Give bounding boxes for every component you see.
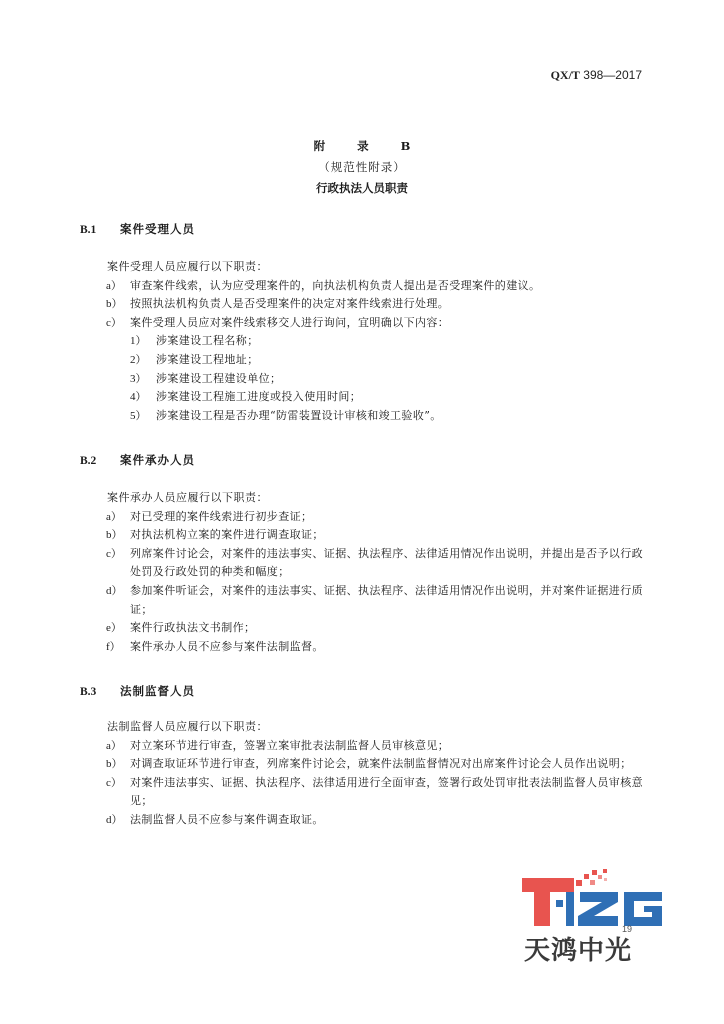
item-label: c）: [106, 314, 130, 333]
item-label: b）: [106, 526, 130, 545]
subitem-text: 涉案建设工程地址；: [156, 351, 259, 370]
item-label: b）: [106, 295, 130, 314]
list-item: a） 对已受理的案件线索进行初步查证；: [107, 508, 647, 527]
list-item: c） 对案件违法事实、证据、执法程序、法律适用进行全面审查，签署行政处罚审批表法…: [107, 774, 647, 811]
standard-prefix: QX/T: [551, 68, 580, 82]
item-label: a）: [106, 737, 130, 756]
item-text: 案件承办人员不应参与案件法制监督。: [130, 638, 647, 657]
list-item: e） 案件行政执法文书制作；: [107, 619, 647, 638]
standard-number: 398—2017: [583, 68, 642, 82]
item-text: 审查案件线索，认为应受理案件的，向执法机构负责人提出是否受理案件的建议。: [130, 277, 647, 296]
item-label: a）: [106, 508, 130, 527]
subitem-text: 涉案建设工程名称；: [156, 332, 259, 351]
subitem-label: 5）: [130, 407, 156, 426]
list-item: a） 审查案件线索，认为应受理案件的，向执法机构负责人提出是否受理案件的建议。: [107, 277, 647, 296]
section-heading: 案件受理人员: [120, 222, 195, 236]
list-item: f） 案件承办人员不应参与案件法制监督。: [107, 638, 647, 657]
section-number: B.1: [80, 224, 120, 236]
item-text: 对已受理的案件线索进行初步查证；: [130, 508, 647, 527]
section-number: B.2: [80, 455, 120, 467]
subitem-text: 涉案建设工程施工进度或投入使用时间；: [156, 388, 361, 407]
subitem-label: 2）: [130, 351, 156, 370]
section-title-b3: B.3法制监督人员: [80, 683, 195, 699]
list-item: b） 对执法机构立案的案件进行调查取证；: [107, 526, 647, 545]
subitem-text: 涉案建设工程建设单位；: [156, 370, 281, 389]
subitem-label: 1）: [130, 332, 156, 351]
item-text: 对执法机构立案的案件进行调查取证；: [130, 526, 647, 545]
logo-text: 天鸿中光: [524, 930, 632, 967]
list-item: b） 按照执法机构负责人是否受理案件的决定对案件线索进行处理。: [107, 295, 647, 314]
section-intro: 案件受理人员应履行以下职责：: [107, 258, 647, 277]
sub-list-item: 3） 涉案建设工程建设单位；: [107, 370, 647, 389]
list-item: c） 列席案件讨论会，对案件的违法事实、证据、执法程序、法律适用情况作出说明，并…: [107, 545, 647, 582]
section-intro: 案件承办人员应履行以下职责：: [107, 489, 647, 508]
subitem-text: 涉案建设工程是否办理“防雷装置设计审核和竣工验收”。: [156, 407, 442, 426]
section-title-b1: B.1案件受理人员: [80, 221, 195, 237]
item-text: 法制监督人员不应参与案件调查取证。: [130, 811, 647, 830]
item-text: 按照执法机构负责人是否受理案件的决定对案件线索进行处理。: [130, 295, 647, 314]
section-intro: 法制监督人员应履行以下职责：: [107, 718, 647, 737]
item-label: f）: [106, 638, 130, 657]
section-heading: 案件承办人员: [120, 453, 195, 467]
item-text: 列席案件讨论会，对案件的违法事实、证据、执法程序、法律适用情况作出说明，并提出是…: [130, 545, 647, 582]
sub-list-item: 2） 涉案建设工程地址；: [107, 351, 647, 370]
item-text: 对案件违法事实、证据、执法程序、法律适用进行全面审查，签署行政处罚审批表法制监督…: [130, 774, 647, 811]
item-label: c）: [106, 545, 130, 582]
item-text: 案件受理人员应对案件线索移交人进行询问，宜明确以下内容：: [130, 314, 647, 333]
sub-list-item: 5） 涉案建设工程是否办理“防雷装置设计审核和竣工验收”。: [107, 407, 647, 426]
item-label: d）: [106, 811, 130, 830]
sub-list-item: 4） 涉案建设工程施工进度或投入使用时间；: [107, 388, 647, 407]
sub-list-item: 1） 涉案建设工程名称；: [107, 332, 647, 351]
section-body-b1: 案件受理人员应履行以下职责： a） 审查案件线索，认为应受理案件的，向执法机构负…: [107, 258, 647, 425]
item-text: 对调查取证环节进行审查，列席案件讨论会，就案件法制监督情况对出席案件讨论会人员作…: [130, 755, 647, 774]
section-body-b2: 案件承办人员应履行以下职责： a） 对已受理的案件线索进行初步查证； b） 对执…: [107, 489, 647, 656]
subitem-label: 3）: [130, 370, 156, 389]
appendix-heading: 附 录 B （规范性附录） 行政执法人员职责: [0, 136, 724, 199]
section-number: B.3: [80, 686, 120, 698]
list-item: a） 对立案环节进行审查，签署立案审批表法制监督人员审核意见；: [107, 737, 647, 756]
list-item: d） 法制监督人员不应参与案件调查取证。: [107, 811, 647, 830]
section-body-b3: 法制监督人员应履行以下职责： a） 对立案环节进行审查，签署立案审批表法制监督人…: [107, 718, 647, 830]
list-item: b） 对调查取证环节进行审查，列席案件讨论会，就案件法制监督情况对出席案件讨论会…: [107, 755, 647, 774]
appendix-type: （规范性附录）: [0, 157, 724, 178]
item-label: a）: [106, 277, 130, 296]
thzg-logo-icon: [520, 868, 665, 930]
item-label: d）: [106, 582, 130, 619]
subitem-label: 4）: [130, 388, 156, 407]
section-heading: 法制监督人员: [120, 684, 195, 698]
watermark-logo: 天鸿中光: [520, 868, 665, 958]
item-label: b）: [106, 755, 130, 774]
appendix-title: 附 录 B: [0, 136, 724, 157]
section-title-b2: B.2案件承办人员: [80, 452, 195, 468]
standard-code: QX/T 398—2017: [551, 68, 642, 83]
item-label: c）: [106, 774, 130, 811]
list-item: d） 参加案件听证会，对案件的违法事实、证据、执法程序、法律适用情况作出说明，并…: [107, 582, 647, 619]
list-item: c） 案件受理人员应对案件线索移交人进行询问，宜明确以下内容：: [107, 314, 647, 333]
item-text: 参加案件听证会，对案件的违法事实、证据、执法程序、法律适用情况作出说明，并对案件…: [130, 582, 647, 619]
item-text: 对立案环节进行审查，签署立案审批表法制监督人员审核意见；: [130, 737, 647, 756]
item-text: 案件行政执法文书制作；: [130, 619, 647, 638]
appendix-subtitle: 行政执法人员职责: [0, 178, 724, 199]
item-label: e）: [106, 619, 130, 638]
page-number: 19: [622, 924, 632, 934]
